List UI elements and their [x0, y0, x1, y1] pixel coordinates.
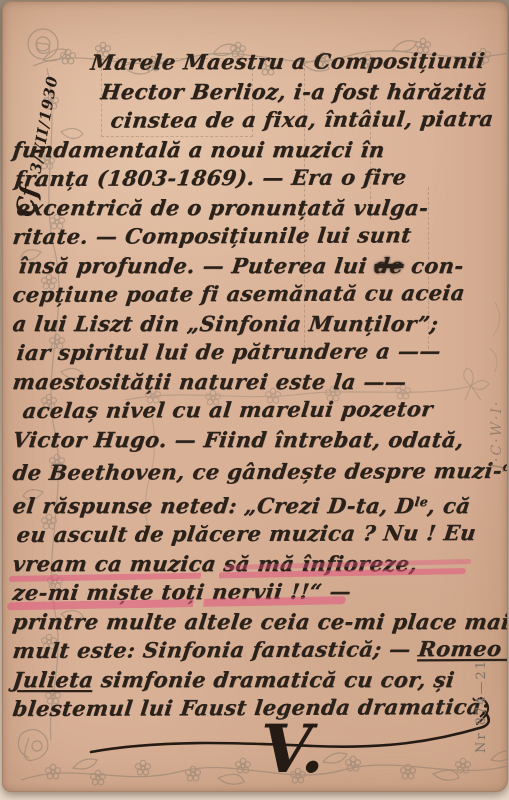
signature-flourish: V.	[83, 690, 503, 790]
monogram: ·J·C·W·I·	[489, 286, 505, 476]
handwriting-line: vream ca muzica să mă înfioreze,	[11, 549, 508, 578]
postcard: Cf. 3/VII/1930 Marele Maestru a Composiț…	[2, 1, 508, 792]
handwriting-line: cinstea de a fixa, întâiul, piatra	[11, 104, 508, 135]
handwriting-line: de Beethoven, ce gândește despre muzi-că…	[11, 452, 508, 487]
print-number: Nr 874—21	[474, 593, 489, 753]
handwriting-line: maestosității naturei este la ——	[11, 367, 508, 396]
handwriting-line: eu ascult de plăcere muzica ? Nu ! Eu	[11, 518, 508, 549]
handwriting-line: a lui Liszt din „Sinfonia Munților”;	[11, 309, 508, 338]
handwriting-line: ritate. — Composițiunile lui sunt	[11, 220, 508, 251]
handwriting-line: Marele Maestru a Composițiunii	[11, 46, 508, 77]
handwriting-line: franța (1803-1869). — Era o fire	[11, 162, 508, 193]
handwriting-line: Hector Berlioz, i-a fost hărăzită	[11, 77, 508, 106]
handwriting-line: el răspunse neted: „Crezi D-ta, Dle, că	[11, 487, 508, 520]
handwriting-line: excentrică de o pronunțată vulga-	[11, 193, 508, 222]
handwriting-line: însă profunde. — Puterea lui de con-	[11, 251, 508, 280]
signature: V.	[261, 710, 324, 788]
handwriting-line: cepțiune poate fi asemănată cu aceia	[11, 278, 508, 309]
handwriting-line: iar spiritul lui de pătrundere a ——	[11, 336, 508, 367]
handwriting-line: printre multe altele ceia ce-mi place ma…	[11, 607, 508, 636]
handwriting-line: Victor Hugo. — Fiind întrebat, odată,	[11, 425, 508, 454]
handwriting-line: fundamentală a noui muzici în	[11, 135, 508, 164]
handwriting-line: acelaș nivel cu al marelui pozetor	[11, 394, 508, 425]
handwriting-line: ze-mi miște toți nervii !!“ —	[11, 576, 508, 607]
handwriting-line: mult este: Sinfonia fantastică; — Romeo …	[11, 634, 508, 665]
handwriting-lines: Marele Maestru a ComposițiuniiHector Ber…	[11, 48, 508, 723]
